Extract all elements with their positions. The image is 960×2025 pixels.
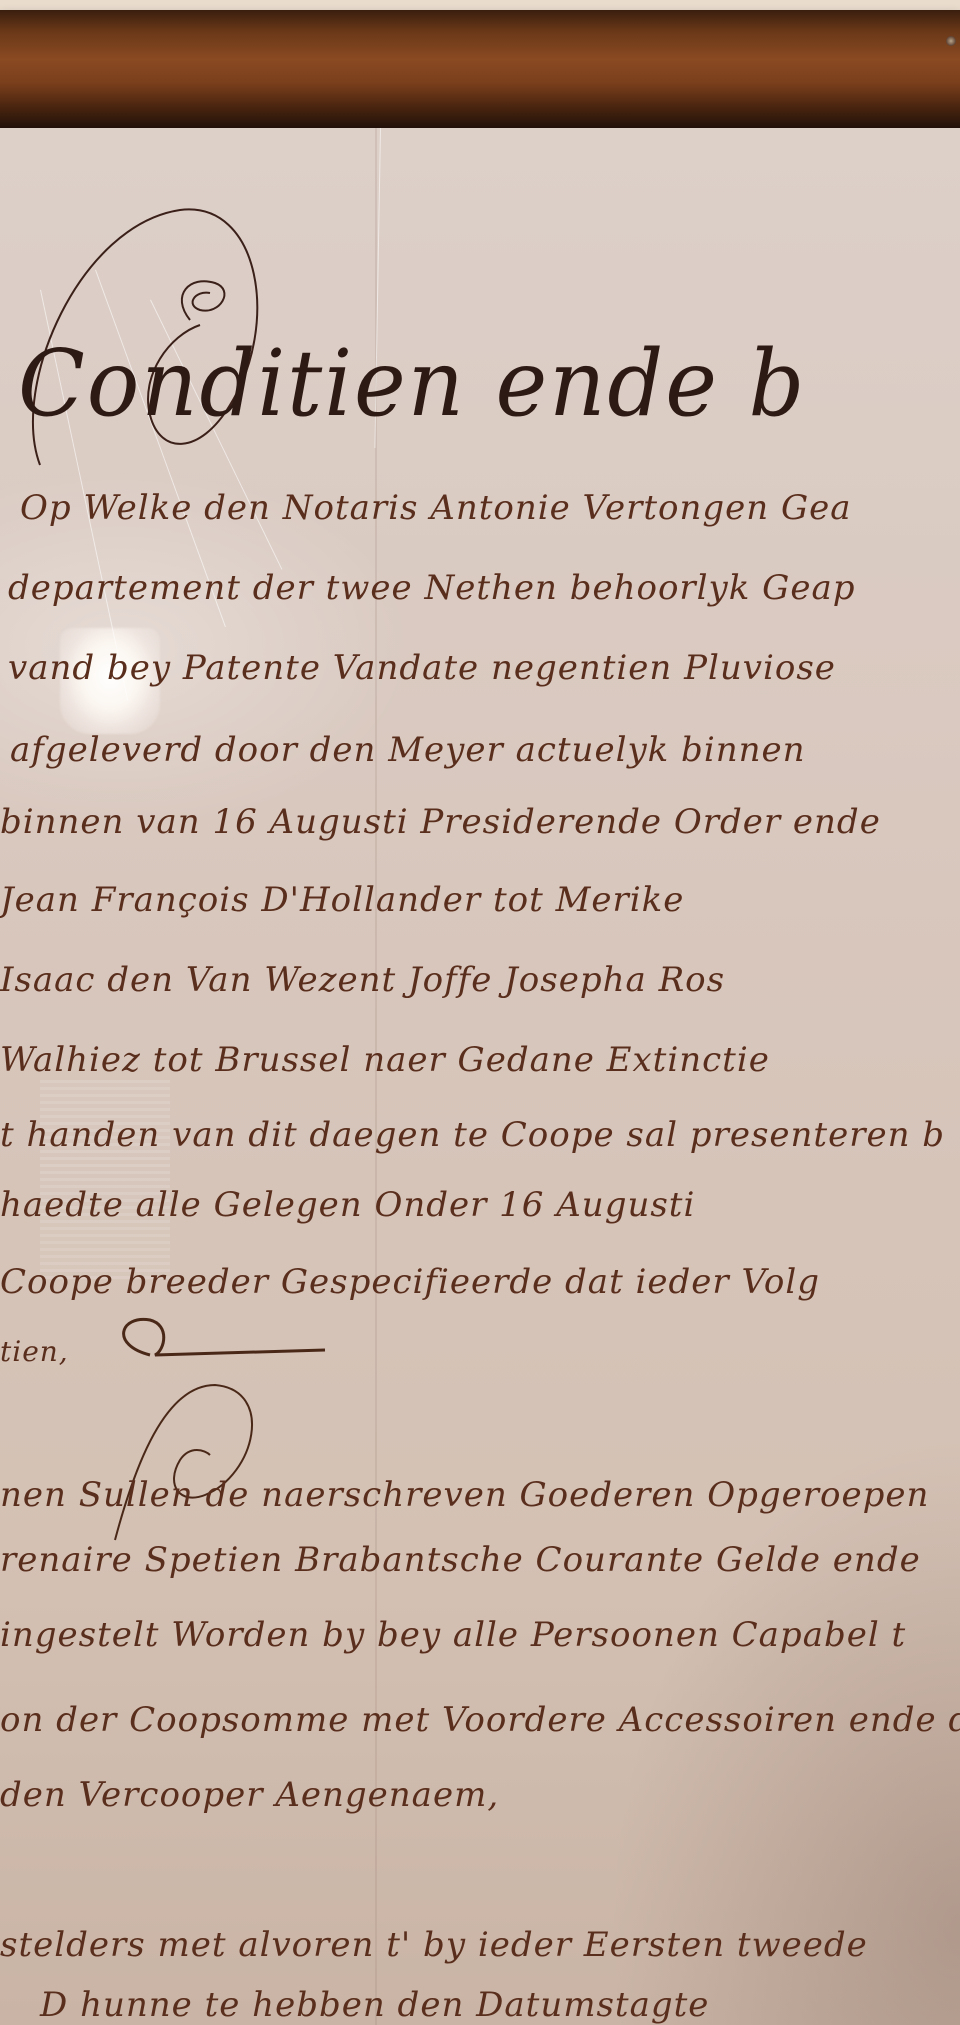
text-line: vand bey Patente Vandate negentien Pluvi… xyxy=(8,648,836,688)
text-line: on der Coopsomme met Voordere Accessoire… xyxy=(0,1700,960,1740)
document-title: Conditien ende b xyxy=(18,330,806,437)
text-line: Isaac den Van Wezent Joffe Josepha Ros xyxy=(0,960,725,1000)
window-glass-reflection xyxy=(40,1080,170,1280)
text-line: tien, xyxy=(0,1335,69,1368)
text-line: haedte alle Gelegen Onder 16 Augusti xyxy=(0,1185,695,1225)
text-line: den Vercooper Aengenaem, xyxy=(0,1775,499,1815)
text-line: renaire Spetien Brabantsche Courante Gel… xyxy=(0,1540,921,1580)
text-line: ingestelt Worden by bey alle Persoonen C… xyxy=(0,1615,906,1655)
divider-flourish xyxy=(110,1315,330,1365)
text-line: Coope breeder Gespecifieerde dat ieder V… xyxy=(0,1262,820,1302)
screw-icon xyxy=(946,36,956,46)
section-capital-flourish xyxy=(105,1375,265,1545)
text-line: D hunne te hebben den Datumstagte xyxy=(40,1985,709,2025)
text-line: binnen van 16 Augusti Presiderende Order… xyxy=(0,802,881,842)
text-line: Op Welke den Notaris Antonie Vertongen G… xyxy=(20,488,852,528)
text-line: t handen van dit daegen te Coope sal pre… xyxy=(0,1115,945,1155)
wooden-frame-top xyxy=(0,10,960,128)
framed-document-photo: Conditien ende b Op Welke den Notaris An… xyxy=(0,0,960,2025)
text-line: afgeleverd door den Meyer actuelyk binne… xyxy=(10,730,806,770)
text-line: Jean François D'Hollander tot Merike xyxy=(0,880,684,920)
text-line: Walhiez tot Brussel naer Gedane Extincti… xyxy=(0,1040,770,1080)
text-line: nen Sullen de naerschreven Goederen Opge… xyxy=(0,1475,929,1515)
text-line: stelders met alvoren t' by ieder Eersten… xyxy=(0,1925,868,1965)
text-line: departement der twee Nethen behoorlyk Ge… xyxy=(8,568,856,608)
